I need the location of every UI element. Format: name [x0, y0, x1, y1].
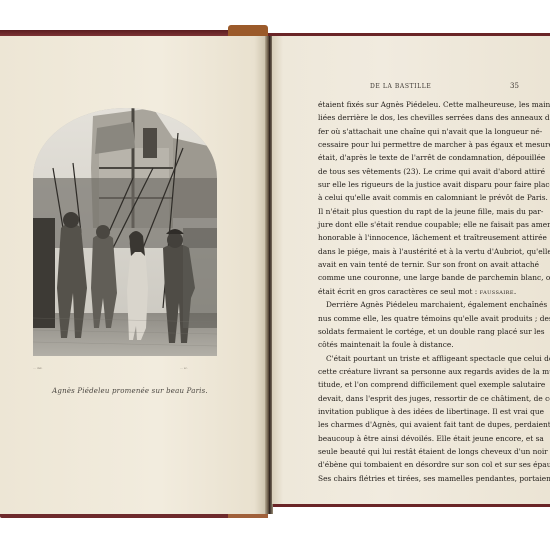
- body-text: étaient fixés sur Agnès Piédeleu. Cette …: [318, 98, 528, 485]
- text-line-segment: était écrit en gros caractères ce seul m…: [318, 287, 477, 296]
- text-line: sur elle les rigueurs de la justice avai…: [318, 178, 528, 191]
- text-line: comme une couronne, une large bande de p…: [318, 271, 528, 284]
- engraving-plate: [33, 108, 217, 356]
- running-head: DE LA BASTILLE: [370, 83, 431, 90]
- text-line: cette créature livrant sa personne aux r…: [318, 365, 528, 378]
- engraving-illustration: [33, 108, 217, 356]
- text-line: C'était pourtant un triste et affligeant…: [318, 352, 528, 365]
- text-line: honorable à l'innocence, lâchement et tr…: [318, 231, 528, 244]
- text-line: jure dont elle s'était rendue coupable; …: [318, 218, 528, 231]
- plate-caption: Agnès Piédeleu promenée sur beau Paris.: [40, 387, 220, 395]
- text-line: nus comme elle, les quatre témoins qu'el…: [318, 312, 528, 325]
- text-line: côtés maintenait la foule à distance.: [318, 338, 528, 351]
- text-line: seule beauté qui lui restât étaient de l…: [318, 445, 528, 458]
- page-number: 35: [510, 82, 519, 90]
- text-line: soldats fermaient le cortége, et un doub…: [318, 325, 528, 338]
- text-line: cessaire pour lui permettre de marcher à…: [318, 138, 528, 151]
- text-line: beaucoup à être ainsi dévoilés. Elle éta…: [318, 432, 528, 445]
- text-line: liées derrière le dos, les chevilles ser…: [318, 111, 528, 124]
- text-line: d'ébène qui tombaient en désordre sur so…: [318, 458, 528, 471]
- plate-credit-artist: ... del.: [33, 366, 42, 370]
- plate-credit-engraver: ... sc.: [180, 366, 188, 370]
- faussaire-word: faussaire.: [480, 287, 517, 296]
- text-line: étaient fixés sur Agnès Piédeleu. Cette …: [318, 98, 528, 111]
- open-book: ... del. ... sc. Agnès Piédeleu promenée…: [0, 0, 550, 550]
- text-line: dans le piége, mais à l'austérité et à l…: [318, 245, 528, 258]
- text-line: titude, et l'on comprend difficilement q…: [318, 378, 528, 391]
- text-line: Ses chairs flétries et tirées, ses mamel…: [318, 472, 528, 485]
- text-line: devait, dans l'esprit des juges, ressort…: [318, 392, 528, 405]
- paragraph-3: C'était pourtant un triste et affligeant…: [318, 352, 528, 485]
- text-line: fer où s'attachait une chaîne qui n'avai…: [318, 125, 528, 138]
- paragraph-1: étaient fixés sur Agnès Piédeleu. Cette …: [318, 98, 528, 298]
- text-line: avait en vain tenté de ternir. Sur son f…: [318, 258, 528, 271]
- text-line: à celui qu'elle avait commis en calomnia…: [318, 191, 528, 204]
- text-line: les charmes d'Agnès, qui avaient fait ta…: [318, 418, 528, 431]
- text-line: de tous ses vêtements (23). Le crime qui…: [318, 165, 528, 178]
- text-line: invitation publique à des idées de liber…: [318, 405, 528, 418]
- text-line: Derrière Agnès Piédeleu marchaient, égal…: [318, 298, 528, 311]
- text-line: Il n'était plus question du rapt de la j…: [318, 205, 528, 218]
- text-line: était, d'après le texte de l'arrêt de co…: [318, 151, 528, 164]
- text-line: était écrit en gros caractères ce seul m…: [318, 285, 528, 298]
- paragraph-2: Derrière Agnès Piédeleu marchaient, égal…: [318, 298, 528, 351]
